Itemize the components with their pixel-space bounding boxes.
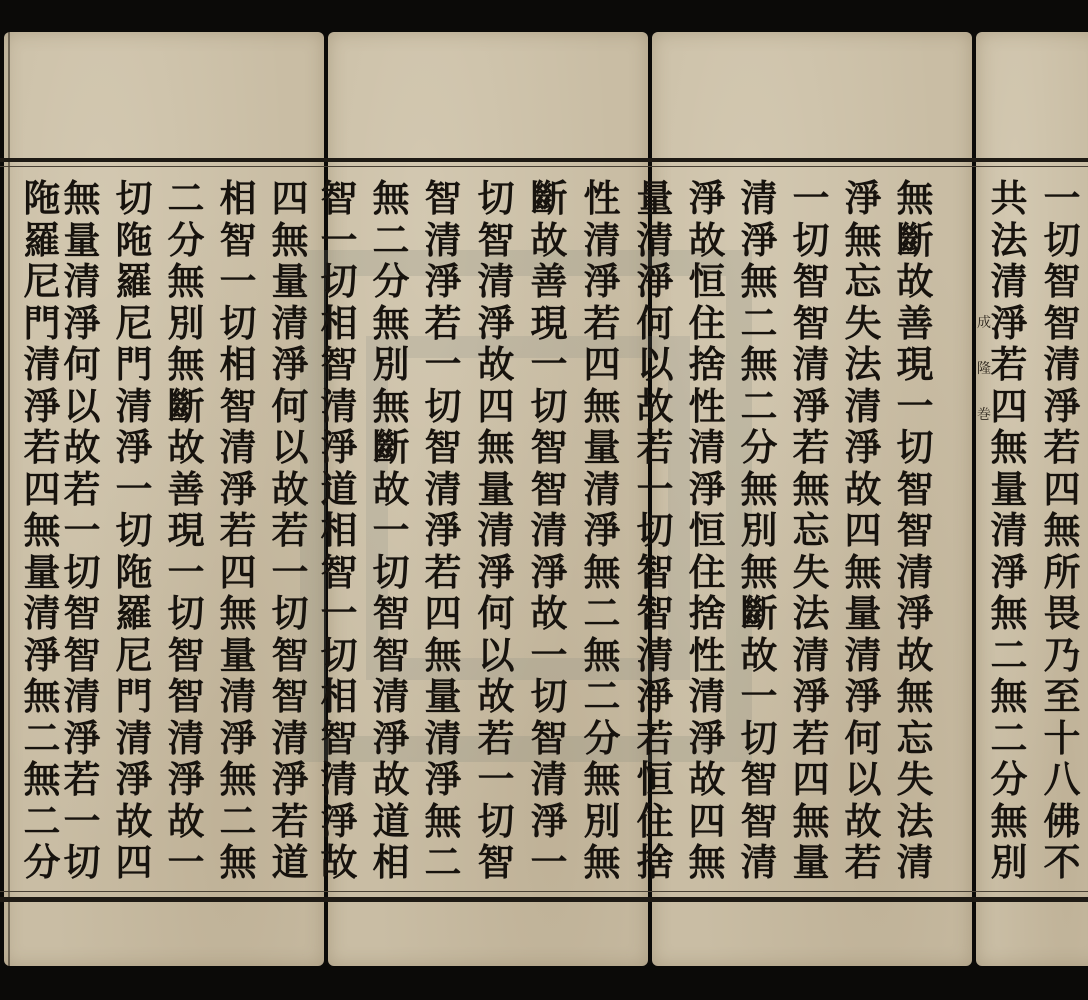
character: 二 <box>741 303 778 345</box>
character: 分 <box>168 220 205 262</box>
character: 若 <box>845 842 882 884</box>
character: 法 <box>845 344 882 386</box>
character: 恒 <box>689 261 726 303</box>
character: 故 <box>845 469 882 511</box>
character: 量 <box>991 469 1028 511</box>
text-column: 相智一切相智清淨若四無量清淨無二無 <box>216 178 260 884</box>
character: 無 <box>584 842 621 884</box>
character: 二 <box>584 593 621 635</box>
character: 無 <box>584 552 621 594</box>
character: 清 <box>168 718 205 760</box>
character: 切 <box>116 510 153 552</box>
character: 故 <box>272 469 309 511</box>
character: 分 <box>373 261 410 303</box>
character: 無 <box>897 178 934 220</box>
character: 二 <box>991 635 1028 677</box>
character: 法 <box>991 220 1028 262</box>
bottom-border-thin-rule <box>0 891 1088 892</box>
character: 智 <box>168 676 205 718</box>
character: 量 <box>425 676 462 718</box>
character: 以 <box>845 759 882 801</box>
character: 住 <box>689 552 726 594</box>
character: 四 <box>991 386 1028 428</box>
character: 切 <box>321 635 358 677</box>
character: 清 <box>897 842 934 884</box>
character: 無 <box>741 344 778 386</box>
character: 無 <box>741 552 778 594</box>
text-column: 淨故恒住捨性清淨恒住捨性清淨故四無 <box>685 178 729 884</box>
character: 淨 <box>425 261 462 303</box>
character: 無 <box>1044 510 1081 552</box>
character: 切 <box>637 510 674 552</box>
character: 一 <box>425 344 462 386</box>
character: 忘 <box>897 718 934 760</box>
character: 智 <box>321 718 358 760</box>
character: 無 <box>24 759 61 801</box>
character: 智 <box>220 386 257 428</box>
character: 清 <box>64 261 101 303</box>
character: 無 <box>897 676 934 718</box>
character: 無 <box>793 469 830 511</box>
character: 淨 <box>116 759 153 801</box>
character: 無 <box>991 427 1028 469</box>
character: 無 <box>220 759 257 801</box>
text-column: 共法清淨若四無量清淨無二無二分無別 <box>987 178 1031 884</box>
character: 至 <box>1044 676 1081 718</box>
character: 以 <box>272 427 309 469</box>
character: 淨 <box>425 510 462 552</box>
character: 二 <box>24 718 61 760</box>
character: 陁 <box>24 178 61 220</box>
character: 分 <box>741 427 778 469</box>
character: 一 <box>741 676 778 718</box>
character: 清 <box>897 552 934 594</box>
character: 切 <box>1044 220 1081 262</box>
character: 善 <box>168 469 205 511</box>
character: 切 <box>373 552 410 594</box>
character: 清 <box>1044 344 1081 386</box>
character: 若 <box>272 510 309 552</box>
character: 故 <box>373 469 410 511</box>
character: 故 <box>168 427 205 469</box>
character: 量 <box>24 552 61 594</box>
character: 性 <box>689 635 726 677</box>
character: 羅 <box>24 220 61 262</box>
character: 捨 <box>689 593 726 635</box>
character: 智 <box>1044 303 1081 345</box>
character: 捨 <box>637 842 674 884</box>
character: 智 <box>425 178 462 220</box>
character: 無 <box>220 842 257 884</box>
character: 智 <box>373 593 410 635</box>
character: 清 <box>991 510 1028 552</box>
character: 無 <box>373 178 410 220</box>
character: 智 <box>321 344 358 386</box>
character: 智 <box>64 635 101 677</box>
character: 故 <box>845 801 882 843</box>
character: 無 <box>584 759 621 801</box>
character: 羅 <box>116 593 153 635</box>
character: 二 <box>584 676 621 718</box>
character: 故 <box>531 593 568 635</box>
character: 一 <box>64 801 101 843</box>
character: 若 <box>478 718 515 760</box>
character: 四 <box>689 801 726 843</box>
character: 相 <box>220 344 257 386</box>
text-column: 切智清淨故四無量清淨何以故若一切智 <box>474 178 518 884</box>
character: 淨 <box>845 178 882 220</box>
character: 清 <box>584 469 621 511</box>
character: 現 <box>531 303 568 345</box>
character: 門 <box>24 303 61 345</box>
character: 何 <box>845 718 882 760</box>
character: 清 <box>478 510 515 552</box>
character: 無 <box>24 510 61 552</box>
character: 若 <box>637 427 674 469</box>
character: 無 <box>478 427 515 469</box>
character: 忘 <box>793 510 830 552</box>
character: 清 <box>220 427 257 469</box>
character: 二 <box>168 178 205 220</box>
character: 切 <box>531 386 568 428</box>
character: 無 <box>991 676 1028 718</box>
character: 智 <box>637 593 674 635</box>
character: 淨 <box>478 303 515 345</box>
character: 淨 <box>637 261 674 303</box>
character: 陁 <box>116 552 153 594</box>
character: 無 <box>845 552 882 594</box>
text-column: 切陁羅尼門清淨一切陁羅尼門清淨故四 <box>112 178 156 884</box>
character: 一 <box>531 635 568 677</box>
character: 淨 <box>168 759 205 801</box>
character: 清 <box>24 344 61 386</box>
text-column: 淨無忘失法清淨故四無量清淨何以故若 <box>841 178 885 884</box>
character: 淨 <box>478 552 515 594</box>
character: 淨 <box>637 676 674 718</box>
character: 二 <box>220 801 257 843</box>
character: 法 <box>793 593 830 635</box>
character: 四 <box>845 510 882 552</box>
character: 道 <box>321 469 358 511</box>
text-column: 陁羅尼門清淨若四無量清淨無二無二分 <box>20 178 64 884</box>
character: 四 <box>24 469 61 511</box>
character: 四 <box>116 842 153 884</box>
character: 二 <box>425 842 462 884</box>
character: 若 <box>793 718 830 760</box>
character: 清 <box>425 220 462 262</box>
character: 清 <box>845 635 882 677</box>
character: 故 <box>689 220 726 262</box>
character: 清 <box>689 676 726 718</box>
character: 一 <box>116 469 153 511</box>
character: 智 <box>531 427 568 469</box>
character: 智 <box>793 303 830 345</box>
character: 清 <box>991 261 1028 303</box>
character: 相 <box>321 510 358 552</box>
text-column: 智清淨若一切智清淨若四無量清淨無二 <box>421 178 465 884</box>
character: 切 <box>478 178 515 220</box>
character: 淨 <box>1044 386 1081 428</box>
character: 二 <box>24 801 61 843</box>
character: 二 <box>373 220 410 262</box>
text-column: 斷故善現一切智智清淨故一切智清淨一 <box>527 178 571 884</box>
character: 故 <box>373 759 410 801</box>
character: 量 <box>637 178 674 220</box>
character: 相 <box>321 303 358 345</box>
top-border-thin-rule <box>0 166 1088 167</box>
character: 量 <box>478 469 515 511</box>
character: 恒 <box>637 759 674 801</box>
character: 無 <box>373 303 410 345</box>
character: 切 <box>168 593 205 635</box>
character: 一 <box>373 510 410 552</box>
character: 四 <box>478 386 515 428</box>
character: 切 <box>220 303 257 345</box>
character: 一 <box>637 469 674 511</box>
character: 清 <box>793 344 830 386</box>
character: 淨 <box>584 261 621 303</box>
character: 清 <box>321 386 358 428</box>
character: 清 <box>425 469 462 511</box>
character: 四 <box>220 552 257 594</box>
character: 淨 <box>689 718 726 760</box>
character: 清 <box>637 635 674 677</box>
character: 淨 <box>220 718 257 760</box>
character: 切 <box>272 593 309 635</box>
character: 忘 <box>845 261 882 303</box>
character: 切 <box>531 676 568 718</box>
character: 淨 <box>845 427 882 469</box>
character: 智 <box>637 552 674 594</box>
character: 畏 <box>1044 593 1081 635</box>
character: 淨 <box>64 718 101 760</box>
character: 淨 <box>425 759 462 801</box>
character: 量 <box>584 427 621 469</box>
text-column: 無二分無別無斷故一切智智清淨故道相 <box>369 178 413 884</box>
character: 斷 <box>373 427 410 469</box>
character: 淨 <box>531 552 568 594</box>
character: 若 <box>637 718 674 760</box>
character: 清 <box>220 676 257 718</box>
character: 切 <box>64 842 101 884</box>
character: 無 <box>741 469 778 511</box>
character: 清 <box>116 386 153 428</box>
character: 無 <box>168 344 205 386</box>
character: 失 <box>793 552 830 594</box>
character: 斷 <box>168 386 205 428</box>
character: 智 <box>272 676 309 718</box>
character: 清 <box>531 510 568 552</box>
character: 羅 <box>116 261 153 303</box>
character: 別 <box>991 842 1028 884</box>
character: 無 <box>689 842 726 884</box>
character: 清 <box>272 718 309 760</box>
character: 無 <box>991 593 1028 635</box>
character: 無 <box>24 676 61 718</box>
character: 無 <box>373 386 410 428</box>
character: 尼 <box>116 303 153 345</box>
character: 淨 <box>24 386 61 428</box>
character: 智 <box>64 593 101 635</box>
character: 別 <box>168 303 205 345</box>
character: 分 <box>584 718 621 760</box>
character: 量 <box>64 220 101 262</box>
character: 淨 <box>272 344 309 386</box>
text-column: 無斷故善現一切智智清淨故無忘失法清 <box>893 178 937 884</box>
character: 八 <box>1044 759 1081 801</box>
character: 智 <box>531 718 568 760</box>
character: 何 <box>272 386 309 428</box>
character: 一 <box>897 386 934 428</box>
character: 一 <box>531 842 568 884</box>
character: 清 <box>793 635 830 677</box>
character: 淨 <box>689 178 726 220</box>
character: 別 <box>584 801 621 843</box>
character: 智 <box>425 427 462 469</box>
character: 淨 <box>991 552 1028 594</box>
character: 善 <box>897 303 934 345</box>
character: 故 <box>741 635 778 677</box>
character: 四 <box>272 178 309 220</box>
character: 尼 <box>116 635 153 677</box>
character: 共 <box>991 178 1028 220</box>
character: 智 <box>478 220 515 262</box>
character: 捨 <box>689 344 726 386</box>
character: 何 <box>478 593 515 635</box>
character: 相 <box>321 676 358 718</box>
character: 佛 <box>1044 801 1081 843</box>
character: 道 <box>373 801 410 843</box>
character: 智 <box>272 635 309 677</box>
character: 智 <box>897 510 934 552</box>
character: 四 <box>425 593 462 635</box>
character: 智 <box>321 552 358 594</box>
character: 二 <box>991 718 1028 760</box>
character: 清 <box>637 220 674 262</box>
character: 淨 <box>793 676 830 718</box>
text-column: 性清淨若四無量清淨無二無二分無別無 <box>580 178 624 884</box>
character: 所 <box>1044 552 1081 594</box>
character: 若 <box>425 552 462 594</box>
character: 清 <box>741 842 778 884</box>
character: 淨 <box>793 386 830 428</box>
character: 淨 <box>991 303 1028 345</box>
character: 現 <box>897 344 934 386</box>
character: 切 <box>116 178 153 220</box>
character: 門 <box>116 676 153 718</box>
character: 故 <box>897 261 934 303</box>
character: 無 <box>272 220 309 262</box>
character: 一 <box>321 593 358 635</box>
character: 智 <box>531 469 568 511</box>
character: 切 <box>897 427 934 469</box>
character: 淨 <box>584 510 621 552</box>
character: 若 <box>425 303 462 345</box>
character: 一 <box>793 178 830 220</box>
character: 無 <box>64 178 101 220</box>
character: 恒 <box>689 510 726 552</box>
character: 無 <box>991 801 1028 843</box>
character: 淨 <box>689 469 726 511</box>
character: 淨 <box>116 427 153 469</box>
character: 何 <box>64 344 101 386</box>
character: 乃 <box>1044 635 1081 677</box>
character: 清 <box>272 303 309 345</box>
character: 一 <box>220 261 257 303</box>
character: 失 <box>897 759 934 801</box>
character: 淨 <box>64 303 101 345</box>
character: 十 <box>1044 718 1081 760</box>
character: 智 <box>220 220 257 262</box>
character: 清 <box>741 178 778 220</box>
text-column: 量清淨何以故若一切智智清淨若恒住捨 <box>633 178 677 884</box>
character: 道 <box>272 842 309 884</box>
character: 淨 <box>24 635 61 677</box>
text-column: 一切智智清淨若無忘失法清淨若四無量 <box>789 178 833 884</box>
character: 清 <box>478 261 515 303</box>
character: 清 <box>116 718 153 760</box>
character: 智 <box>478 842 515 884</box>
character: 淨 <box>220 469 257 511</box>
character: 淨 <box>741 220 778 262</box>
character: 量 <box>793 842 830 884</box>
character: 四 <box>793 759 830 801</box>
page-edge-left <box>8 32 10 966</box>
character: 切 <box>425 386 462 428</box>
text-column: 四無量清淨何以故若一切智智清淨若道 <box>268 178 312 884</box>
character: 無 <box>793 801 830 843</box>
character: 住 <box>637 801 674 843</box>
character: 一 <box>168 552 205 594</box>
character: 以 <box>478 635 515 677</box>
top-border-rule <box>0 158 1088 162</box>
character: 分 <box>991 759 1028 801</box>
character: 若 <box>24 427 61 469</box>
character: 量 <box>220 635 257 677</box>
character: 若 <box>793 427 830 469</box>
character: 清 <box>584 220 621 262</box>
character: 何 <box>637 303 674 345</box>
character: 斷 <box>741 593 778 635</box>
character: 淨 <box>897 593 934 635</box>
character: 以 <box>637 344 674 386</box>
character: 一 <box>478 759 515 801</box>
character: 故 <box>116 801 153 843</box>
character: 量 <box>272 261 309 303</box>
character: 故 <box>637 386 674 428</box>
character: 智 <box>373 635 410 677</box>
character: 淨 <box>531 801 568 843</box>
character: 若 <box>991 344 1028 386</box>
character: 淨 <box>321 427 358 469</box>
character: 相 <box>220 178 257 220</box>
character: 若 <box>584 303 621 345</box>
character: 切 <box>741 718 778 760</box>
text-column: 清淨無二無二分無別無斷故一切智智清 <box>737 178 781 884</box>
character: 切 <box>478 801 515 843</box>
character: 清 <box>64 676 101 718</box>
character: 一 <box>168 842 205 884</box>
character: 一 <box>531 344 568 386</box>
character: 四 <box>1044 469 1081 511</box>
character: 智 <box>741 801 778 843</box>
character: 清 <box>24 593 61 635</box>
character: 不 <box>1044 842 1081 884</box>
character: 量 <box>845 593 882 635</box>
text-column: 無量清淨何以故若一切智智清淨若一切 <box>60 178 104 884</box>
character: 無 <box>425 801 462 843</box>
character: 一 <box>64 510 101 552</box>
